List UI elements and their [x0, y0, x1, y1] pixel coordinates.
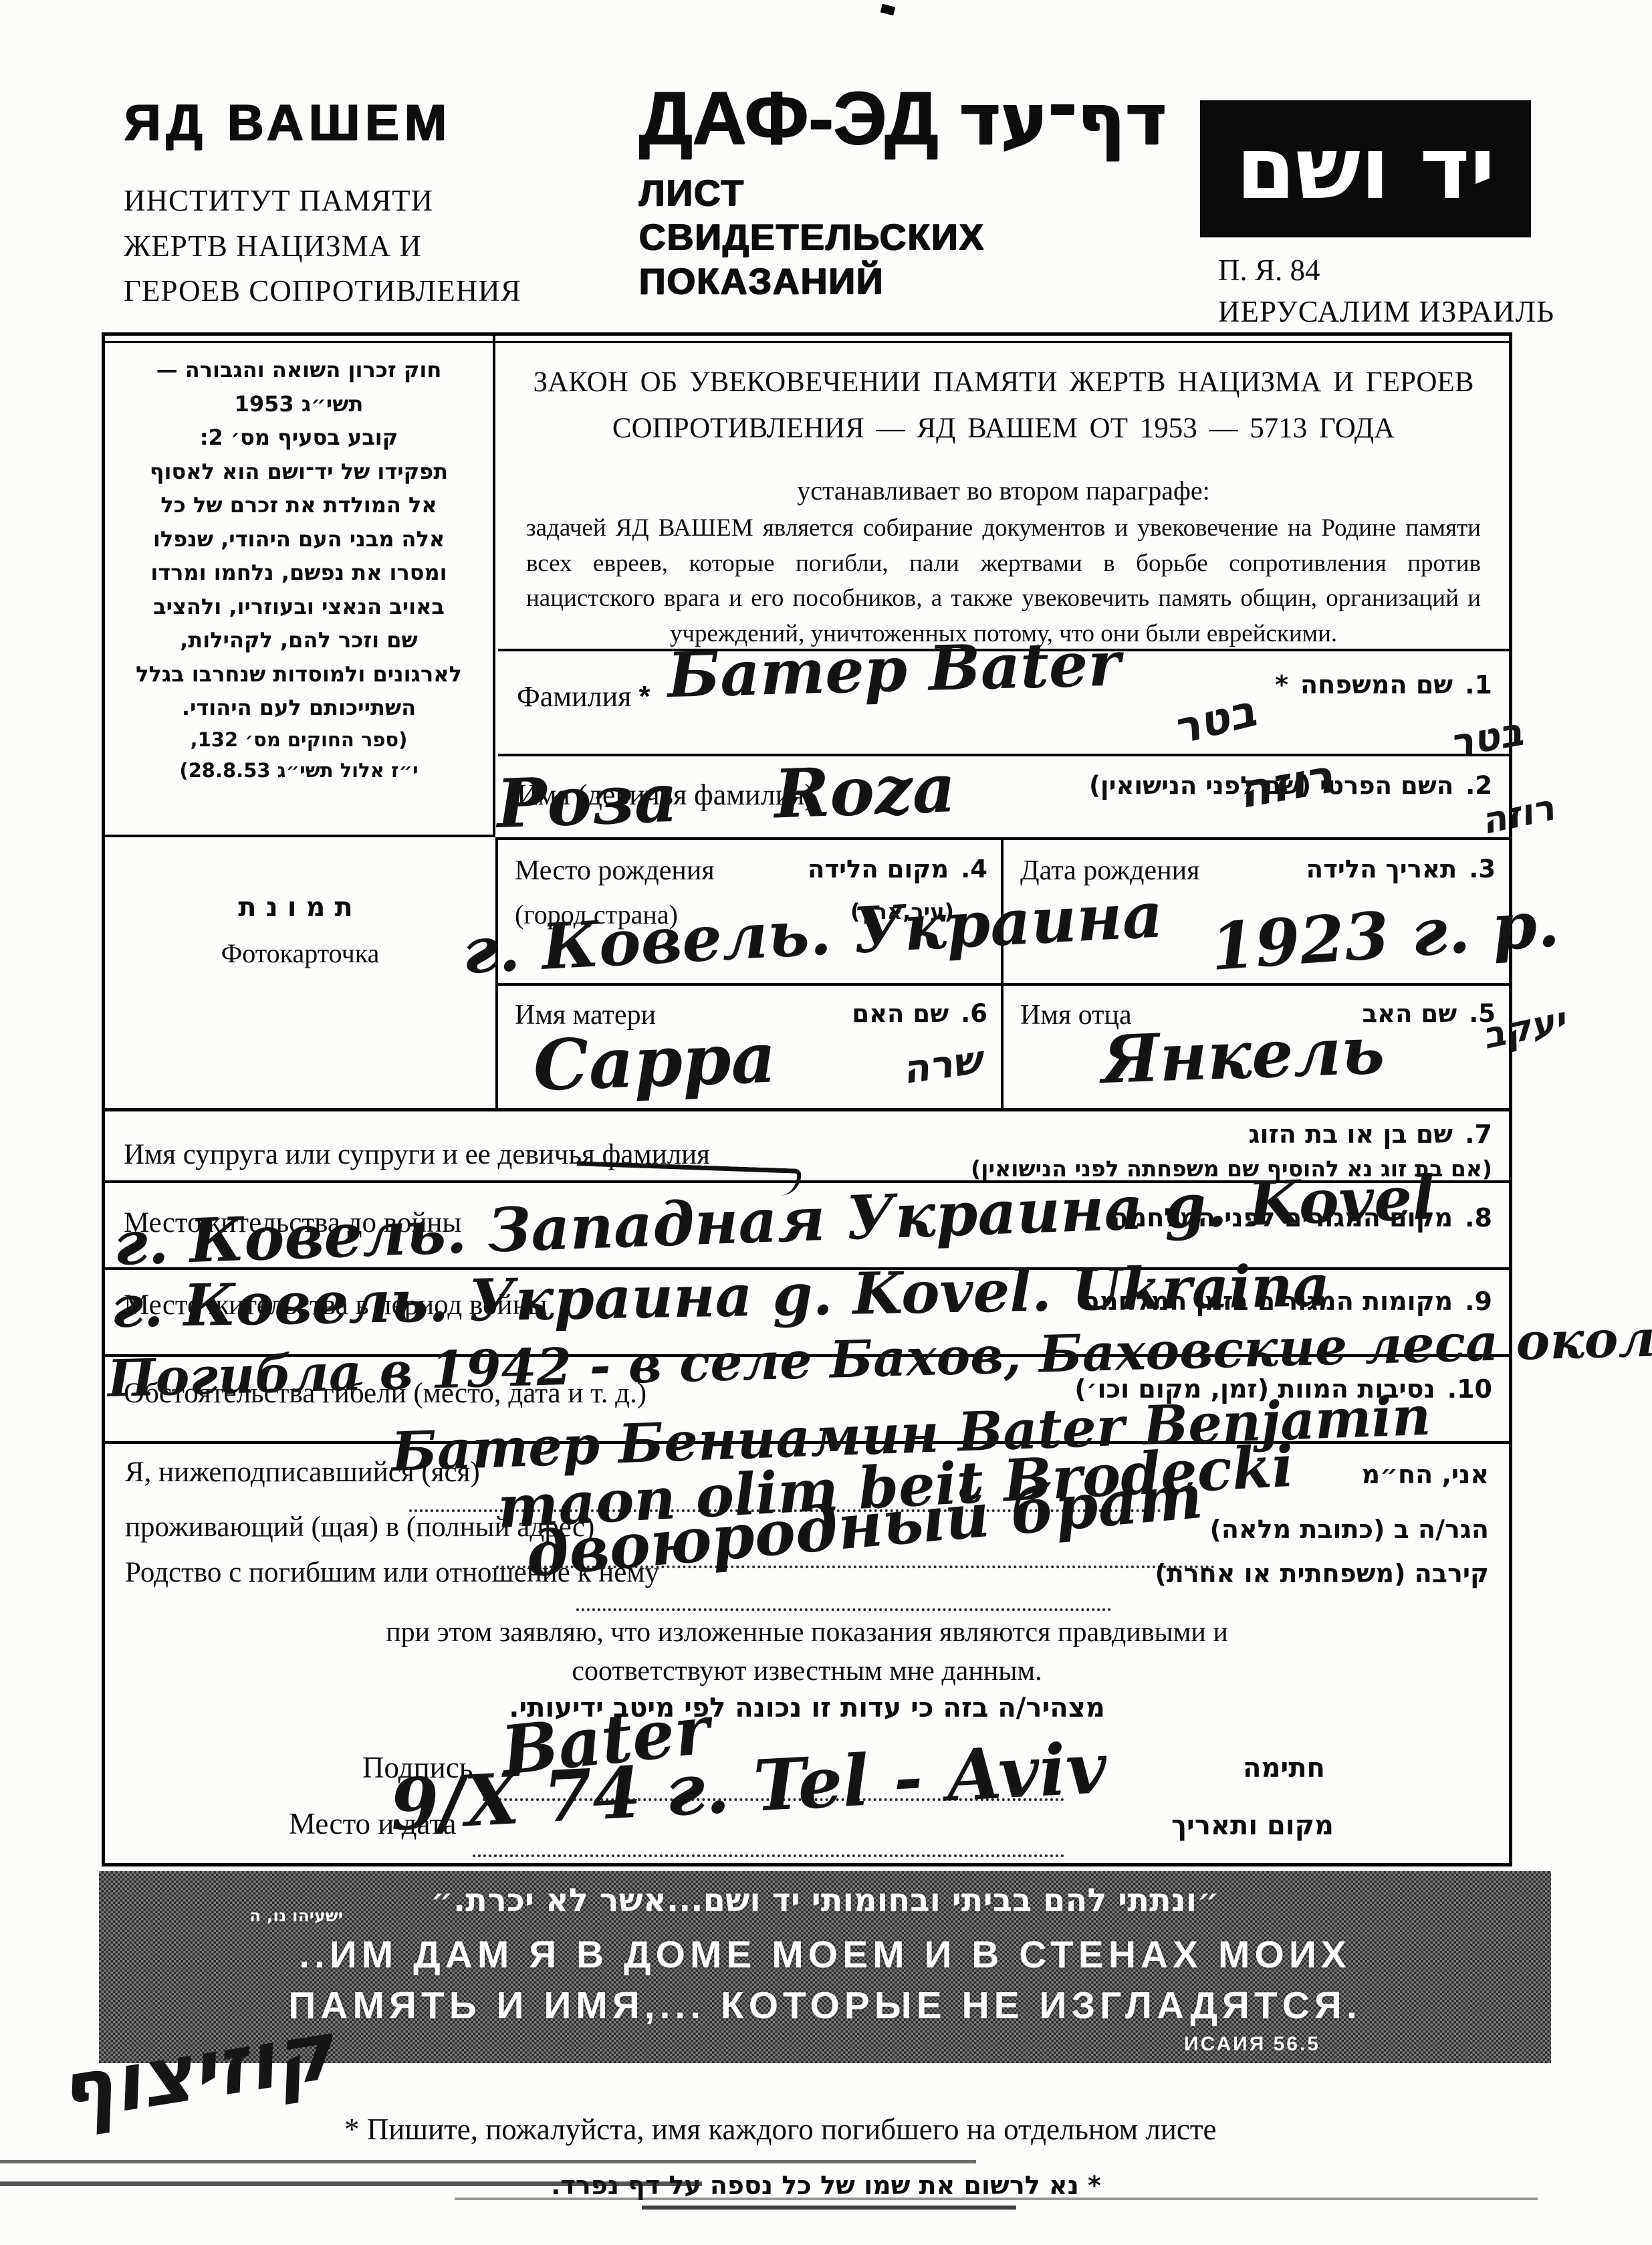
- handwritten-firstname: Роза Roza: [495, 748, 957, 843]
- scan-smudge: [642, 2206, 1016, 2210]
- form-subtitle-line: ЛИСТ: [638, 171, 1213, 215]
- declarant-label-he: אני, הח״מ: [1362, 1460, 1489, 1489]
- scan-smudge: [0, 2160, 976, 2163]
- footnote-ru: * Пишите, пожалуйста, имя каждого погибш…: [344, 2112, 1217, 2147]
- law-he-ref: (ספר החוקים מס׳ 132,: [113, 725, 485, 756]
- address-label-he: הגר/ה ב (כתובת מלאה): [1210, 1515, 1489, 1544]
- handwritten-mother: Сарра: [532, 1016, 778, 1107]
- form-subtitle-line: СВИДЕТЕЛЬСКИХ: [638, 215, 1213, 259]
- logo-hebrew-text: יד ושם: [1236, 119, 1496, 219]
- form-title-ru: ДАФ-ЭД: [638, 76, 937, 160]
- statement-line-he: מצהיר/ה בזה כי עדות זו נכונה לפי מיטב יד…: [105, 1693, 1509, 1723]
- field-label-he: תאריך הלידה .3: [1306, 855, 1496, 883]
- law-he-line: השתייכותם לעם היהודי.: [113, 691, 485, 725]
- form-title-he: דף־עד: [959, 78, 1167, 161]
- form-title: ДАФ-ЭД דף־עד: [638, 75, 1213, 161]
- scan-smudge: [455, 2198, 1538, 2200]
- org-subtitle-line: ГЕРОЕВ СОПРОТИВЛЕНИЯ: [124, 269, 605, 314]
- photo-box: תמונת Фотокарточка: [105, 837, 498, 1108]
- banner-source: ИСАИЯ 56.5: [1184, 2033, 1320, 2056]
- law-he-line: אלה מבני העם היהודי, שנפלו: [113, 522, 485, 556]
- law-he-line: שם וזכר להם, לקהילות,: [113, 623, 485, 657]
- handwritten-surname: Батер Bater: [667, 627, 1121, 712]
- field-label-ru: Фамилия *: [517, 679, 651, 714]
- field-label-he: שם האם .6: [852, 999, 987, 1028]
- law-he-ref: י״ז אלול תשי״ג 28.8.53): [113, 756, 485, 786]
- place-date-line: [473, 1854, 1064, 1857]
- scan-speck: [880, 4, 896, 15]
- scan-smudge: [0, 2181, 702, 2186]
- statement-line: при этом заявляю, что изложенные показан…: [105, 1616, 1509, 1648]
- po-box: П. Я. 84: [1218, 253, 1320, 288]
- form-title-block: ДАФ-ЭД דף־עד ЛИСТ СВИДЕТЕЛЬСКИХ ПОКАЗАНИ…: [638, 75, 1213, 303]
- org-subtitle-line: ИНСТИТУТ ПАМЯТИ: [124, 179, 605, 224]
- required-star: *: [1275, 670, 1288, 700]
- law-he-line: תפקידו של יד־ושם הוא לאסוף: [113, 455, 485, 489]
- field-label-he: * שם המשפחה .1: [1275, 670, 1492, 700]
- handwritten-surname-hebrew: בטר: [1167, 685, 1261, 755]
- org-title: ЯД ВАШЕМ: [124, 94, 605, 152]
- law-he-line: קובע בסעיף מס׳ 2:: [113, 421, 485, 455]
- law-he-line: חוק זכרון השואה והגבורה —: [113, 353, 485, 387]
- row-parents: Имя матери שם האם .6 Имя отца שם האב .5 …: [498, 983, 1509, 1111]
- signature-label-he: חתימה: [1243, 1753, 1325, 1784]
- law-title-line: ЗАКОН ОБ УВЕКОВЕЧЕНИИ ПАМЯТИ ЖЕРТВ НАЦИЗ…: [498, 366, 1509, 399]
- field-firstname: Имя (девичья фамилия) השם הפרטי (שם לפני…: [498, 754, 1509, 840]
- relation-line: [576, 1608, 1111, 1611]
- law-title-line: СОПРОТИВЛЕНИЯ — ЯД ВАШЕМ ОТ 1953 — 5713 …: [498, 412, 1509, 445]
- handwritten-hebrew-scribble: קוזיצוף: [52, 2004, 340, 2139]
- declaration-block: Я, нижеподписавшийся (яся) Батер Бениами…: [105, 1441, 1509, 1866]
- law-sidebar: חוק זכרון השואה והגבורה — תשי״ג 1953 קוב…: [105, 336, 495, 837]
- law-he-line: תשי״ג 1953: [113, 387, 485, 421]
- handwritten-father: Янкель: [1100, 1012, 1386, 1099]
- place-date-label-he: מקום ותאריך: [1171, 1810, 1334, 1841]
- law-he-line: לארגונים ולמוסדות שנחרבו בגלל: [113, 657, 485, 691]
- field-surname: Фамилия * * שם המשפחה .1 Батер Bater בטר…: [498, 649, 1509, 756]
- law-subtitle: устанавливает во втором параграфе:: [498, 475, 1509, 506]
- field-label-he: מקום הלידה .4: [808, 855, 987, 883]
- law-he-line: ומסרו את נפשם, נלחמו ומרדו: [113, 556, 485, 590]
- field-label-he: שם בן או בת הזוג .7: [1249, 1119, 1493, 1149]
- form-grid: חוק זכרון השואה והגבורה — תשי״ג 1953 קוב…: [102, 332, 1512, 1866]
- yad-vashem-logo: יד ושם: [1200, 100, 1531, 237]
- required-star: *: [638, 680, 650, 713]
- photo-label-he: תמונת: [105, 892, 495, 923]
- law-he-line: אל המולדת את זכרם של כל: [113, 488, 485, 522]
- banner-hebrew-source: ישעיהו נו, ה: [249, 1906, 343, 1925]
- statement-line: соответствуют известным мне данным.: [105, 1655, 1509, 1687]
- law-main: ЗАКОН ОБ УВЕКОВЕЧЕНИИ ПАМЯТИ ЖЕРТВ НАЦИЗ…: [498, 336, 1509, 649]
- handwritten-place-date: 9/X 74 г. Tel - Aviv: [388, 1726, 1109, 1846]
- org-block: ЯД ВАШЕМ ИНСТИТУТ ПАМЯТИ ЖЕРТВ НАЦИЗМА И…: [124, 94, 605, 314]
- handwritten-firstname-hebrew: רוזה: [1234, 749, 1337, 819]
- row-birth: Место рождения (город,страна) מקום הלידה…: [498, 837, 1509, 986]
- form-subtitle-line: ПОКАЗАНИЙ: [638, 259, 1213, 303]
- field-label-ru: Место рождения: [515, 855, 715, 887]
- handwritten-surname-hebrew: בטר: [1446, 709, 1526, 766]
- city-line: ИЕРУСАЛИМ ИЗРАИЛЬ: [1218, 294, 1554, 329]
- org-subtitle-line: ЖЕРТВ НАЦИЗМА И: [124, 224, 605, 270]
- photo-label-ru: Фотокарточка: [105, 938, 495, 969]
- banner-russian-line: ..ИМ ДАМ Я В ДОМЕ МОЕМ И В СТЕНАХ МОИХ: [99, 1933, 1551, 1977]
- law-he-line: באויב הנאצי ובעוזריו, ולהציב: [113, 590, 485, 624]
- page-of-testimony-document: ЯД ВАШЕМ ИНСТИТУТ ПАМЯТИ ЖЕРТВ НАЦИЗМА И…: [0, 0, 1652, 2245]
- relation-label-he: קירבה (משפחתית או אחרת): [1155, 1559, 1489, 1588]
